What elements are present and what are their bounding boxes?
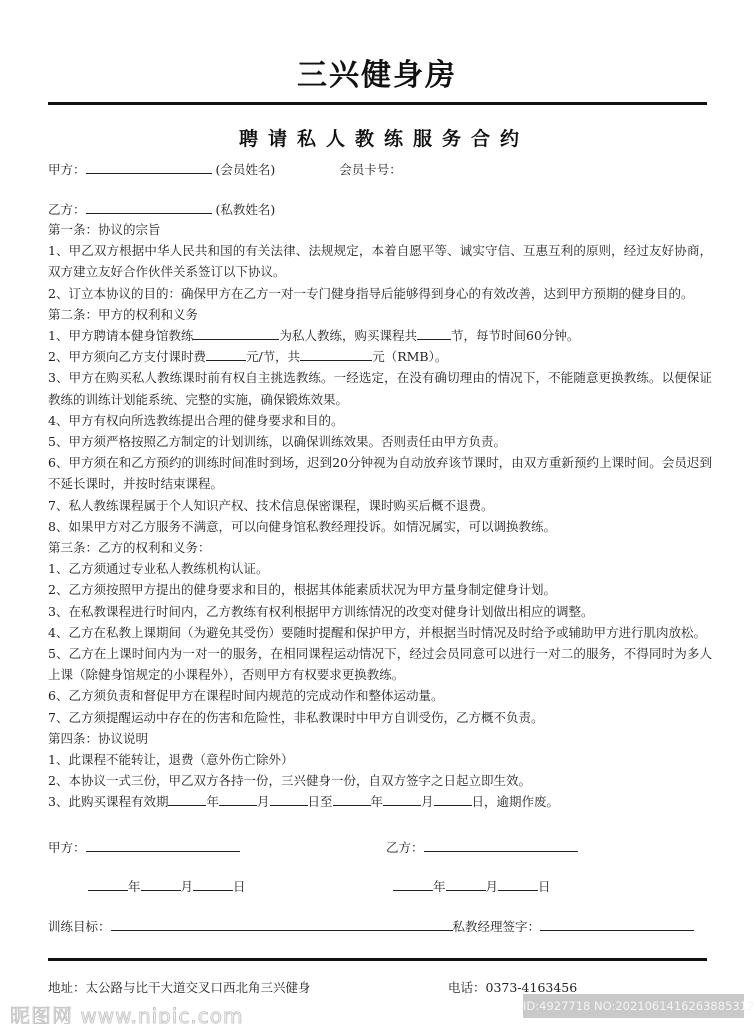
section-3-item-4: 4、乙方在私教上课期间（为避免其受伤）要随时提醒和保护甲方，并根据当时情况及时给… xyxy=(48,622,712,643)
section-1-heading: 第一条：协议的宗旨 xyxy=(48,219,712,240)
sign-party-b-label: 乙方： xyxy=(386,840,424,855)
party-b-row: 乙方： (私教姓名) xyxy=(48,200,275,219)
party-b-name-field[interactable] xyxy=(86,201,212,214)
section-3-item-1: 1、乙方须通过专业私人教练机构认证。 xyxy=(48,558,712,579)
section-3-item-2: 2、乙方须按照甲方提出的健身要求和目的，根据其体能素质状况为甲方量身制定健身计划… xyxy=(48,579,712,600)
party-a-label: 甲方： xyxy=(48,162,86,177)
section-2-item-8: 8、如果甲方对乙方服务不满意，可以向健身馆私教经理投诉。如情况属实，可以调换教练… xyxy=(48,516,712,537)
section-2-heading: 第二条：甲方的权利和义务 xyxy=(48,304,712,325)
party-b-date-row: 年月日 xyxy=(393,877,551,896)
session-count-field[interactable] xyxy=(417,327,451,340)
manager-signature-label: 私教经理签字： xyxy=(453,919,541,934)
section-1-item-2: 2、订立本协议的目的：确保甲方在乙方一对一专门健身指导后能够得到身心的有效改善，… xyxy=(48,283,712,304)
party-b-signature-row: 乙方： xyxy=(386,838,578,857)
section-4-heading: 第四条：协议说明 xyxy=(48,728,712,749)
footer-divider xyxy=(48,958,707,961)
total-fee-field[interactable] xyxy=(300,348,372,361)
section-3-item-5: 5、乙方在上课时间内为一对一的服务，在相同课程运动情况下，经过会员同意可以进行一… xyxy=(48,643,712,685)
section-3-item-7: 7、乙方须提醒运动中存在的伤害和危险性，非私教课时中甲方自训受伤，乙方概不负责。 xyxy=(48,707,712,728)
section-2-item-2: 2、甲方须向乙方支付课时费元/节，共元（RMB）。 xyxy=(48,346,712,367)
end-year-field[interactable] xyxy=(333,793,371,806)
party-a-signature-row: 甲方： xyxy=(48,838,240,857)
party-a-year-field[interactable] xyxy=(88,878,128,891)
goal-row: 训练目标：私教经理签字： xyxy=(48,917,694,936)
sign-party-a-label: 甲方： xyxy=(48,840,86,855)
start-month-field[interactable] xyxy=(219,793,257,806)
training-goal-field[interactable] xyxy=(111,918,453,931)
party-b-signature-field[interactable] xyxy=(424,839,578,852)
end-day-field[interactable] xyxy=(434,793,472,806)
section-1-item-1: 1、甲乙双方根据中华人民共和国的有关法律、法规规定，本着自愿平等、诚实守信、互惠… xyxy=(48,240,712,282)
section-3-item-3: 3、在私教课程进行时间内，乙方教练有权利根据甲方训练情况的改变对健身计划做出相应… xyxy=(48,601,712,622)
watermark-logo: 昵图网 www.nipic.com xyxy=(10,1000,244,1024)
party-a-day-field[interactable] xyxy=(193,878,233,891)
party-a-row: 甲方： (会员姓名) 会员卡号： xyxy=(48,160,402,179)
section-2-item-5: 5、甲方须严格按照乙方制定的计划训练，以确保训练效果。否则责任由甲方负责。 xyxy=(48,431,712,452)
section-3-heading: 第三条：乙方的权利和义务： xyxy=(48,537,712,558)
party-b-month-field[interactable] xyxy=(446,878,486,891)
end-month-field[interactable] xyxy=(383,793,421,806)
party-a-date-row: 年月日 xyxy=(88,877,246,896)
party-b-day-field[interactable] xyxy=(498,878,538,891)
contract-title: 聘请私人教练服务合约 xyxy=(0,124,754,151)
section-2-item-4: 4、甲方有权向所选教练提出合理的健身要求和目的。 xyxy=(48,410,712,431)
section-4-item-2: 2、本协议一式三份，甲乙双方各持一份，三兴健身一份，自双方签字之日起立即生效。 xyxy=(48,770,712,791)
section-4-item-1: 1、此课程不能转让，退费（意外伤亡除外） xyxy=(48,749,712,770)
section-2-item-3: 3、甲方在购买私人教练课时前有权自主挑选教练。一经选定，在没有确切理由的情况下，… xyxy=(48,367,712,409)
section-2-item-7: 7、私人教练课程属于个人知识产权、技术信息保密课程，课时购买后概不退费。 xyxy=(48,495,712,516)
manager-signature-field[interactable] xyxy=(540,918,694,931)
party-b-label: 乙方： xyxy=(48,202,86,217)
start-day-field[interactable] xyxy=(270,793,308,806)
section-2-item-6: 6、甲方须在和乙方预约的训练时间准时到场，迟到20分钟视为自动放弃该节课时，由双… xyxy=(48,452,712,494)
start-year-field[interactable] xyxy=(168,793,206,806)
watermark-id-badge: ID:4927718 NO:20210614162638853123 xyxy=(523,994,744,1018)
party-a-hint: (会员姓名) xyxy=(216,162,276,177)
section-2-item-1: 1、甲方聘请本健身馆教练为私人教练，购买课程共节，每节时间60分钟。 xyxy=(48,325,712,346)
party-a-name-field[interactable] xyxy=(86,161,212,174)
party-a-signature-field[interactable] xyxy=(86,839,240,852)
member-card-label: 会员卡号： xyxy=(339,162,402,177)
gym-name: 三兴健身房 xyxy=(0,50,754,94)
contract-body: 第一条：协议的宗旨 1、甲乙双方根据中华人民共和国的有关法律、法规规定，本着自愿… xyxy=(48,219,712,813)
training-goal-label: 训练目标： xyxy=(48,919,111,934)
footer-address: 地址：太公路与比干大道交叉口西北角三兴健身 xyxy=(48,978,311,996)
fee-per-session-field[interactable] xyxy=(206,348,246,361)
party-b-hint: (私教姓名) xyxy=(216,202,276,217)
party-b-year-field[interactable] xyxy=(393,878,433,891)
header-divider xyxy=(48,102,707,105)
section-4-item-3: 3、此购买课程有效期年月日至年月日，逾期作废。 xyxy=(48,791,712,812)
coach-name-field[interactable] xyxy=(193,327,279,340)
section-3-item-6: 6、乙方须负责和督促甲方在课程时间内规范的完成动作和整体运动量。 xyxy=(48,685,712,706)
party-a-month-field[interactable] xyxy=(141,878,181,891)
